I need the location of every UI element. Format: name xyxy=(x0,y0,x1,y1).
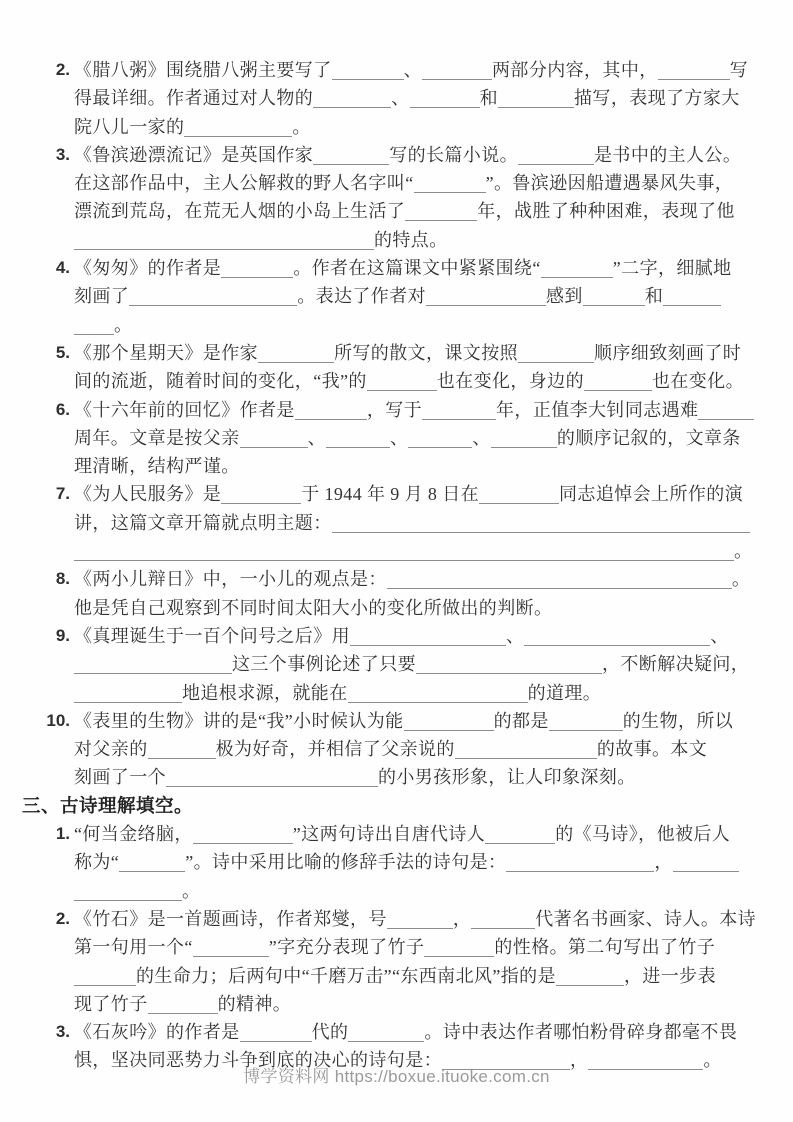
question-line: 刻画了一个的小男孩形象，让人印象深刻。 xyxy=(74,763,757,791)
fill-blank xyxy=(455,738,597,759)
text-segment: 《表里的生物》讲的是“我”小时候认为能 xyxy=(74,711,404,731)
text-segment: 于 1944 年 9 月 8 日在 xyxy=(301,484,479,504)
fill-blank xyxy=(332,59,404,80)
text-segment: 代的 xyxy=(312,1022,349,1042)
text-segment: 《两小儿辩日》中，一小儿的观点是： xyxy=(74,569,387,589)
text-segment: 周年。文章是按父亲 xyxy=(74,428,240,448)
text-segment: 这三个事例论述了只要 xyxy=(232,654,416,674)
text-segment: ， xyxy=(453,909,471,929)
fill-blank xyxy=(295,399,367,420)
text-segment: 顺序细致刻画了时 xyxy=(594,343,741,363)
question-line: 讲，这篇文章开篇就点明主题： xyxy=(74,509,757,537)
text-segment: 的都是 xyxy=(494,711,549,731)
text-segment: 《十六年前的回忆》作者是 xyxy=(74,400,295,420)
question-line: 漂流到荒岛，在荒无人烟的小岛上生活了年，战胜了种种困难，表现了他 xyxy=(74,197,757,225)
text-segment: 。诗中表达作者哪怕粉骨碎身都毫不畏 xyxy=(424,1022,737,1042)
fill-blank xyxy=(491,427,557,448)
text-segment: 《匆匆》的作者是 xyxy=(74,258,221,278)
text-segment: 院八儿一家的 xyxy=(74,117,184,137)
fill-blank xyxy=(673,851,739,872)
text-segment: 描写，表现了方家大 xyxy=(574,88,740,108)
question-line: 现了竹子的精神。 xyxy=(74,990,757,1018)
fill-blank xyxy=(506,851,654,872)
text-segment: 、 xyxy=(710,626,728,646)
fill-blank xyxy=(119,851,185,872)
question-line: 3.《鲁滨逊漂流记》是英国作家写的长篇小说。是书中的主人公。 xyxy=(74,141,757,169)
question-line: 3.《石灰吟》的作者是代的。诗中表达作者哪怕粉骨碎身都毫不畏 xyxy=(74,1018,757,1046)
text-segment: 极为好奇，并相信了父亲说的 xyxy=(216,739,455,759)
text-segment: 的道理。 xyxy=(528,683,602,703)
question-line: 6.《十六年前的回忆》作者是，写于年，正值李大钊同志遇难 xyxy=(74,396,757,424)
question-line: 在这部作品中，主人公解救的野人名字叫“”。鲁滨逊因船遭遇暴风失事， xyxy=(74,169,757,197)
text-segment: 感到 xyxy=(546,286,583,306)
fill-blank xyxy=(422,59,492,80)
question-line: 2.《竹石》是一首题画诗，作者郑燮，号，代著名书画家、诗人。本诗 xyxy=(74,905,757,933)
text-segment: ”二字，细腻地 xyxy=(613,258,732,278)
fill-blank xyxy=(74,682,182,703)
question-item: 8.《两小儿辩日》中，一小儿的观点是：。他是凭自己观察到不同时间太阳大小的变化所… xyxy=(74,565,757,622)
text-segment: 《腊八粥》围绕腊八粥主要写了 xyxy=(74,60,332,80)
fill-blank xyxy=(518,144,594,165)
question-number: 2. xyxy=(44,905,70,933)
fill-blank xyxy=(404,710,494,731)
text-segment: 地追根求源，就能在 xyxy=(182,683,348,703)
question-number: 9. xyxy=(44,622,70,650)
question-item: 3.《鲁滨逊漂流记》是英国作家写的长篇小说。是书中的主人公。在这部作品中，主人公… xyxy=(74,141,757,254)
fill-blank xyxy=(258,342,334,363)
question-line: 2.《腊八粥》围绕腊八粥主要写了、两部分内容，其中，写 xyxy=(74,56,757,84)
text-segment: 的故事。本文 xyxy=(597,739,707,759)
question-line: 5.《那个星期天》是作家所写的散文，课文按照顺序细致刻画了时 xyxy=(74,339,757,367)
fill-blank xyxy=(658,59,730,80)
question-number: 6. xyxy=(44,396,70,424)
question-line: 理清晰，结构严谨。 xyxy=(74,452,757,480)
fill-blank xyxy=(313,87,391,108)
question-line: 4.《匆匆》的作者是。作者在这篇课文中紧紧围绕“”二字，细腻地 xyxy=(74,254,757,282)
question-line: 。 xyxy=(74,877,757,905)
fill-blank xyxy=(426,285,546,306)
text-segment: 也在变化。 xyxy=(652,371,744,391)
question-item: 9.《真理诞生于一百个问号之后》用、、这三个事例论述了只要，不断解决疑问，地追根… xyxy=(74,622,757,707)
fill-blank xyxy=(193,936,269,957)
question-line: 这三个事例论述了只要，不断解决疑问， xyxy=(74,650,757,678)
fill-blank xyxy=(221,257,293,278)
text-segment: 、 xyxy=(404,60,422,80)
fill-blank xyxy=(485,823,555,844)
text-segment: 、 xyxy=(308,428,326,448)
text-segment: 现了竹子 xyxy=(74,994,148,1014)
fill-blank xyxy=(74,229,374,250)
fill-blank xyxy=(422,399,496,420)
text-segment: 是书中的主人公。 xyxy=(594,145,741,165)
question-item: 6.《十六年前的回忆》作者是，写于年，正值李大钊同志遇难周年。文章是按父亲、、、… xyxy=(74,396,757,481)
question-item: 4.《匆匆》的作者是。作者在这篇课文中紧紧围绕“”二字，细腻地刻画了。表达了作者… xyxy=(74,254,757,339)
question-number: 2. xyxy=(44,56,70,84)
text-segment: 《那个星期天》是作家 xyxy=(74,343,258,363)
text-segment: ”这两句诗出自唐代诗人 xyxy=(293,824,485,844)
text-segment: 也在变化，身边的 xyxy=(437,371,584,391)
section-heading: 三、古诗理解填空。 xyxy=(22,792,757,820)
question-item: 10.《表里的生物》讲的是“我”小时候认为能的都是的生物，所以对父亲的极为好奇，… xyxy=(74,707,757,792)
question-item: 2.《竹石》是一首题画诗，作者郑燮，号，代著名书画家、诗人。本诗第一句用一个“”… xyxy=(74,905,757,1018)
question-list: 2.《腊八粥》围绕腊八粥主要写了、两部分内容，其中，写得最详细。作者通过对人物的… xyxy=(74,56,757,1075)
fill-blank xyxy=(416,653,602,674)
fill-blank xyxy=(74,880,182,901)
fill-blank xyxy=(348,1021,424,1042)
question-line: 他是凭自己观察到不同时间太阳大小的变化所做出的判断。 xyxy=(74,594,757,622)
text-segment: 。作者在这篇课文中紧紧围绕“ xyxy=(293,258,541,278)
text-segment: 和 xyxy=(645,286,663,306)
question-line: 地追根求源，就能在的道理。 xyxy=(74,679,757,707)
text-segment: 对父亲的 xyxy=(74,739,148,759)
fill-blank xyxy=(414,172,486,193)
text-segment: 第一句用一个“ xyxy=(74,937,193,957)
text-segment: ”字充分表现了竹子 xyxy=(269,937,425,957)
question-number: 10. xyxy=(44,707,70,735)
question-line: 。 xyxy=(74,537,757,565)
fill-blank xyxy=(424,936,494,957)
text-segment: 《真理诞生于一百个问号之后》用 xyxy=(74,626,350,646)
fill-blank xyxy=(408,427,472,448)
fill-blank xyxy=(584,370,652,391)
question-item: 7.《为人民服务》是于 1944 年 9 月 8 日在同志追悼会上所作的演讲，这… xyxy=(74,480,757,565)
question-line: 的生命力；后两句中“千磨万击”“东西南北风”指的是，进一步表 xyxy=(74,962,757,990)
fill-blank xyxy=(524,625,710,646)
fill-blank xyxy=(479,483,559,504)
fill-blank xyxy=(556,965,624,986)
fill-blank xyxy=(148,993,218,1014)
text-segment: 的《马诗》，他被后人 xyxy=(555,824,730,844)
fill-blank xyxy=(326,427,390,448)
text-segment: 称为“ xyxy=(74,852,119,872)
fill-blank xyxy=(74,965,136,986)
question-line: 得最详细。作者通过对人物的、和描写，表现了方家大 xyxy=(74,84,757,112)
text-segment: 刻画了 xyxy=(74,286,129,306)
fill-blank xyxy=(698,399,754,420)
text-segment: 刻画了一个 xyxy=(74,767,166,787)
question-line: 。 xyxy=(74,311,757,339)
fill-blank xyxy=(583,285,645,306)
fill-blank xyxy=(313,144,389,165)
question-line: 刻画了。表达了作者对感到和 xyxy=(74,282,757,310)
text-segment: 年，战胜了种种困难，表现了他 xyxy=(477,201,735,221)
fill-blank xyxy=(166,766,378,787)
fill-blank xyxy=(240,427,308,448)
text-segment: 漂流到荒岛，在荒无人烟的小岛上生活了 xyxy=(74,201,405,221)
text-segment: 和 xyxy=(480,88,498,108)
question-line: 7.《为人民服务》是于 1944 年 9 月 8 日在同志追悼会上所作的演 xyxy=(74,480,757,508)
text-segment: 《竹石》是一首题画诗，作者郑燮，号 xyxy=(74,909,387,929)
text-segment: 《石灰吟》的作者是 xyxy=(74,1022,240,1042)
text-segment: ，进一步表 xyxy=(624,966,716,986)
fill-blank xyxy=(387,568,732,589)
text-segment: 写的长篇小说。 xyxy=(389,145,518,165)
text-segment: 的生物，所以 xyxy=(623,711,733,731)
fill-blank xyxy=(471,908,535,929)
fill-blank xyxy=(518,342,594,363)
text-segment: 的特点。 xyxy=(374,230,448,250)
text-segment: 的精神。 xyxy=(218,994,292,1014)
text-segment: 他是凭自己观察到不同时间太阳大小的变化所做出的判断。 xyxy=(74,598,552,618)
text-segment: 。 xyxy=(292,117,310,137)
text-segment: 所写的散文，课文按照 xyxy=(334,343,518,363)
text-segment: 《为人民服务》是 xyxy=(74,484,221,504)
question-number: 7. xyxy=(44,480,70,508)
text-segment: ， xyxy=(654,852,672,872)
text-segment: 的生命力；后两句中“千磨万击”“东西南北风”指的是 xyxy=(136,966,556,986)
text-segment: ，不断解决疑问， xyxy=(602,654,749,674)
fill-blank xyxy=(498,87,574,108)
fill-blank xyxy=(74,540,734,561)
text-segment: 得最详细。作者通过对人物的 xyxy=(74,88,313,108)
fill-blank xyxy=(129,285,297,306)
fill-blank xyxy=(148,738,216,759)
text-segment: 代著名书画家、诗人。本诗 xyxy=(535,909,756,929)
fill-blank xyxy=(410,87,480,108)
text-segment: 的顺序记叙的，文章条 xyxy=(557,428,741,448)
fill-blank xyxy=(367,370,437,391)
text-segment: 在这部作品中，主人公解救的野人名字叫“ xyxy=(74,173,414,193)
fill-blank xyxy=(332,512,750,533)
question-number: 4. xyxy=(44,254,70,282)
question-item: 1.“何当金络脑，”这两句诗出自唐代诗人的《马诗》，他被后人称为“”。诗中采用比… xyxy=(74,820,757,905)
question-number: 8. xyxy=(44,565,70,593)
text-segment: 同志追悼会上所作的演 xyxy=(559,484,743,504)
text-segment: 。 xyxy=(732,569,750,589)
fill-blank xyxy=(240,1021,312,1042)
text-segment: 两部分内容，其中， xyxy=(492,60,658,80)
fill-blank xyxy=(221,483,301,504)
text-segment: 的小男孩形象，让人印象深刻。 xyxy=(378,767,636,787)
fill-blank xyxy=(541,257,613,278)
question-number: 3. xyxy=(44,141,70,169)
text-segment: 讲，这篇文章开篇就点明主题： xyxy=(74,513,332,533)
text-segment: 写 xyxy=(730,60,748,80)
text-segment: 的性格。第二句写出了竹子 xyxy=(494,937,715,957)
question-item: 5.《那个星期天》是作家所写的散文，课文按照顺序细致刻画了时间的流逝，随着时间的… xyxy=(74,339,757,396)
question-line: 1.“何当金络脑，”这两句诗出自唐代诗人的《马诗》，他被后人 xyxy=(74,820,757,848)
fill-blank xyxy=(405,200,477,221)
fill-blank xyxy=(193,823,293,844)
text-segment: 。表达了作者对 xyxy=(297,286,426,306)
text-segment: 、 xyxy=(390,428,408,448)
question-item: 2.《腊八粥》围绕腊八粥主要写了、两部分内容，其中，写得最详细。作者通过对人物的… xyxy=(74,56,757,141)
fill-blank xyxy=(549,710,623,731)
worksheet-page: 2.《腊八粥》围绕腊八粥主要写了、两部分内容，其中，写得最详细。作者通过对人物的… xyxy=(0,0,793,1122)
fill-blank xyxy=(350,625,506,646)
question-line: 9.《真理诞生于一百个问号之后》用、、 xyxy=(74,622,757,650)
question-number: 3. xyxy=(44,1018,70,1046)
text-segment: 、 xyxy=(506,626,524,646)
text-segment: 年，正值李大钊同志遇难 xyxy=(496,400,698,420)
fill-blank xyxy=(348,682,528,703)
text-segment: 。 xyxy=(734,541,752,561)
fill-blank xyxy=(387,908,453,929)
text-segment: 理清晰，结构严谨。 xyxy=(74,456,240,476)
text-segment: 。 xyxy=(114,315,132,335)
text-segment: 《鲁滨逊漂流记》是英国作家 xyxy=(74,145,313,165)
text-segment: ”。诗中采用比喻的修辞手法的诗句是： xyxy=(185,852,506,872)
question-number: 5. xyxy=(44,339,70,367)
fill-blank xyxy=(74,653,232,674)
text-segment: ，写于 xyxy=(367,400,422,420)
text-segment: 。 xyxy=(182,881,200,901)
fill-blank xyxy=(663,285,721,306)
question-line: 第一句用一个“”字充分表现了竹子的性格。第二句写出了竹子 xyxy=(74,933,757,961)
text-segment: 、 xyxy=(472,428,490,448)
question-line: 10.《表里的生物》讲的是“我”小时候认为能的都是的生物，所以 xyxy=(74,707,757,735)
question-line: 院八儿一家的。 xyxy=(74,113,757,141)
text-segment: 间的流逝，随着时间的变化，“我”的 xyxy=(74,371,367,391)
footer-watermark: 博学资料网 https://boxue.ituoke.com.cn xyxy=(0,1062,793,1087)
question-line: 周年。文章是按父亲、、、的顺序记叙的，文章条 xyxy=(74,424,757,452)
question-line: 对父亲的极为好奇，并相信了父亲说的的故事。本文 xyxy=(74,735,757,763)
text-segment: 、 xyxy=(391,88,409,108)
question-number: 1. xyxy=(44,820,70,848)
question-line: 8.《两小儿辩日》中，一小儿的观点是：。 xyxy=(74,565,757,593)
question-line: 的特点。 xyxy=(74,226,757,254)
question-line: 间的流逝，随着时间的变化，“我”的也在变化，身边的也在变化。 xyxy=(74,367,757,395)
fill-blank xyxy=(184,116,292,137)
fill-blank xyxy=(74,314,114,335)
text-segment: ”。鲁滨逊因船遭遇暴风失事， xyxy=(486,173,734,193)
question-line: 称为“”。诗中采用比喻的修辞手法的诗句是：， xyxy=(74,848,757,876)
text-segment: “何当金络脑， xyxy=(74,824,193,844)
